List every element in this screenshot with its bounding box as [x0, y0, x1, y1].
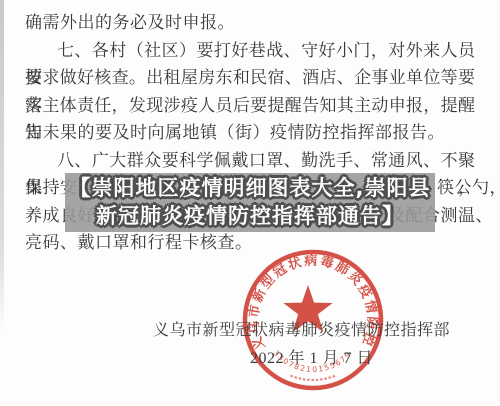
text-line: 确需外出的务必及时申报。 [25, 9, 475, 37]
issuer-signature: 义乌市新型冠状病毒肺炎疫情防控指挥部 [153, 317, 450, 340]
document-page: 确需外出的务必及时申报。 七、各村（社区）要打好巷战、守好小门，对外来人员按 要… [0, 0, 500, 406]
caption-title-line2: 新冠肺炎疫情防控指挥部通告】 [65, 202, 435, 230]
text-fragment-right: 筷公勺， [437, 174, 500, 202]
caption-title-line1: 【崇阳地区疫情明细图表大全,崇阳县 [65, 174, 435, 202]
caption-overlay-banner: 【崇阳地区疫情明细图表大全,崇阳县 新冠肺炎疫情防控指挥部通告】 [65, 173, 435, 232]
issue-date: 2022 年 1 月 7 日 [250, 345, 373, 368]
text-line: 知未果的要及时向属地镇（街）疫情防控指挥部报告。 [25, 119, 475, 147]
text-line: 实主体责任，发现涉疫人员后要提醒告知其主动申报，提醒告 [25, 92, 475, 120]
page-edge-shadow [0, 0, 4, 335]
text-line: 八、广大群众要科学佩戴口罩、勤洗手、常通风、不聚集， [25, 147, 475, 175]
caption-title: 【崇阳地区疫情明细图表大全,崇阳县 新冠肺炎疫情防控指挥部通告】 [65, 174, 435, 230]
seal-microtext [291, 376, 336, 380]
text-line: 要求做好核查。出租屋房东和民宿、酒店、企事业单位等要落 [25, 64, 475, 92]
text-line: 七、各村（社区）要打好巷战、守好小门，对外来人员按 [25, 37, 475, 65]
